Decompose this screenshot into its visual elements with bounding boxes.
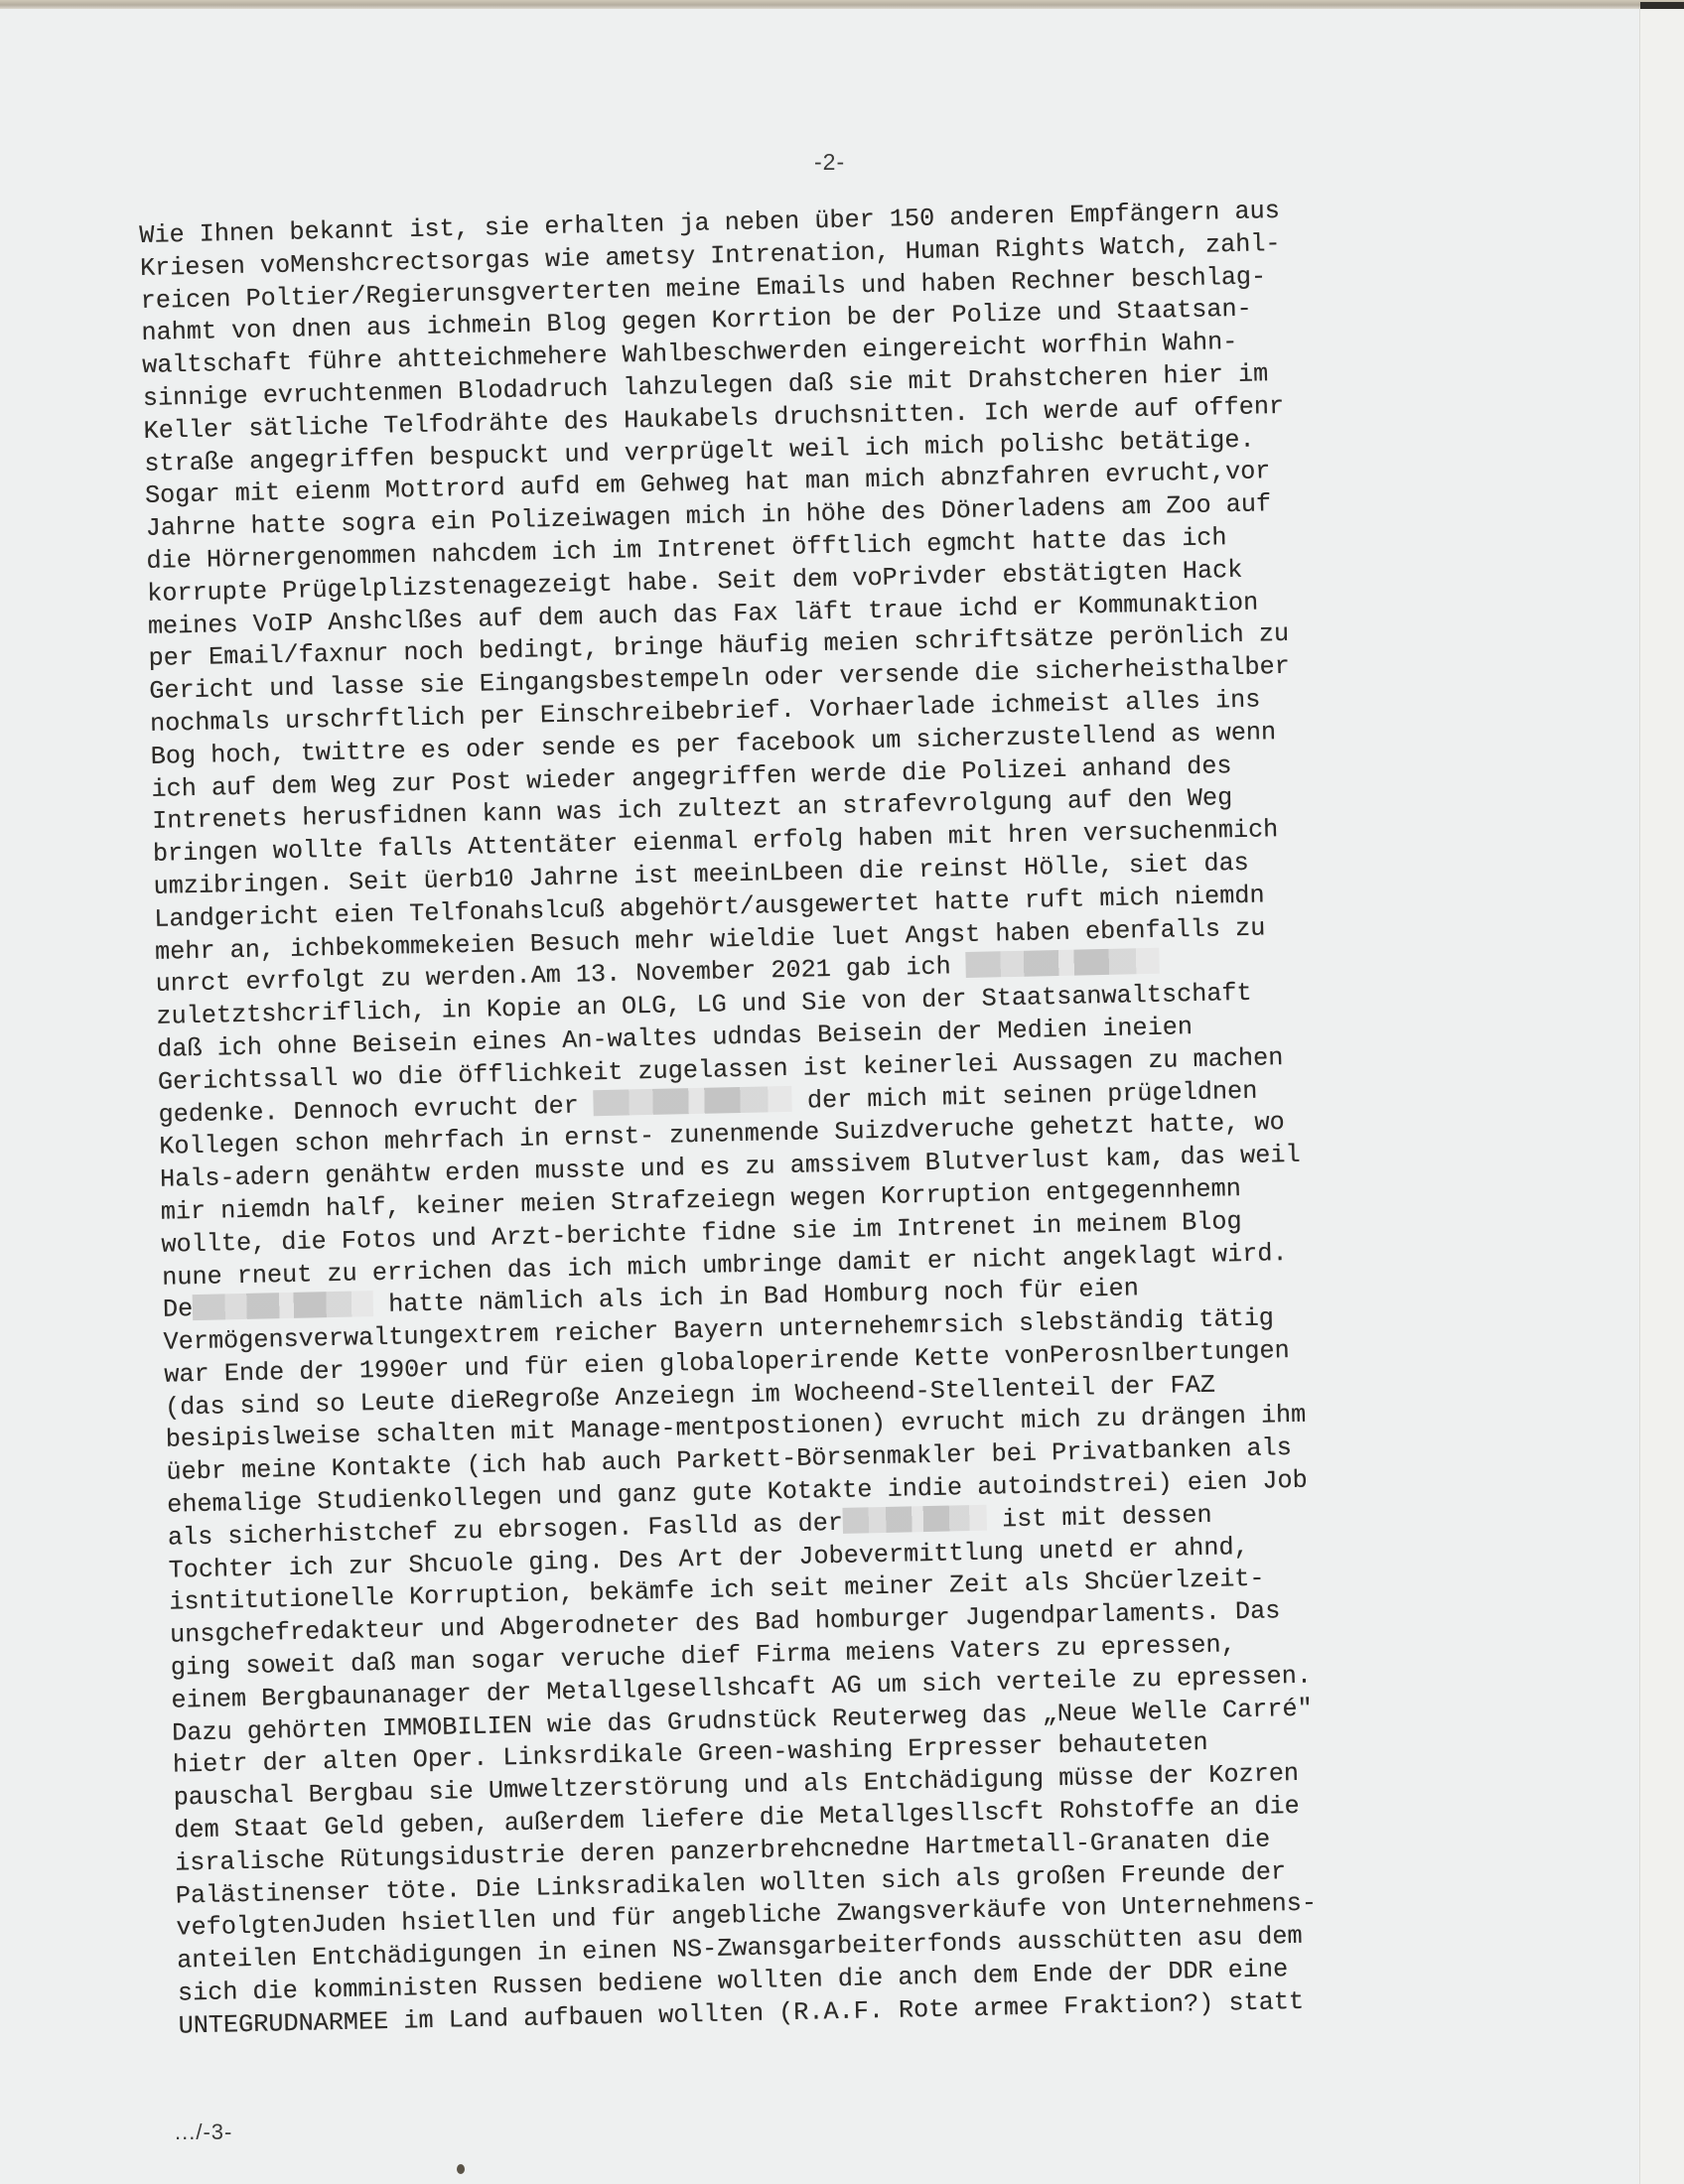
page-right-margin-strip — [1639, 9, 1684, 2184]
redacted-name-block — [965, 947, 1160, 977]
redacted-name-block — [843, 1505, 988, 1534]
redacted-name-block — [193, 1291, 374, 1320]
continuation-marker: .../-3- — [175, 2119, 232, 2145]
page-number: -2- — [814, 149, 845, 176]
scan-top-edge — [0, 0, 1684, 9]
letter-body: Wie Ihnen bekannt ist, sie erhalten ja n… — [139, 190, 1589, 2043]
line-text: ist mit dessen — [987, 1501, 1212, 1535]
line-text: De — [163, 1295, 194, 1324]
scan-speck — [457, 2164, 465, 2174]
redacted-name-block — [594, 1086, 793, 1116]
